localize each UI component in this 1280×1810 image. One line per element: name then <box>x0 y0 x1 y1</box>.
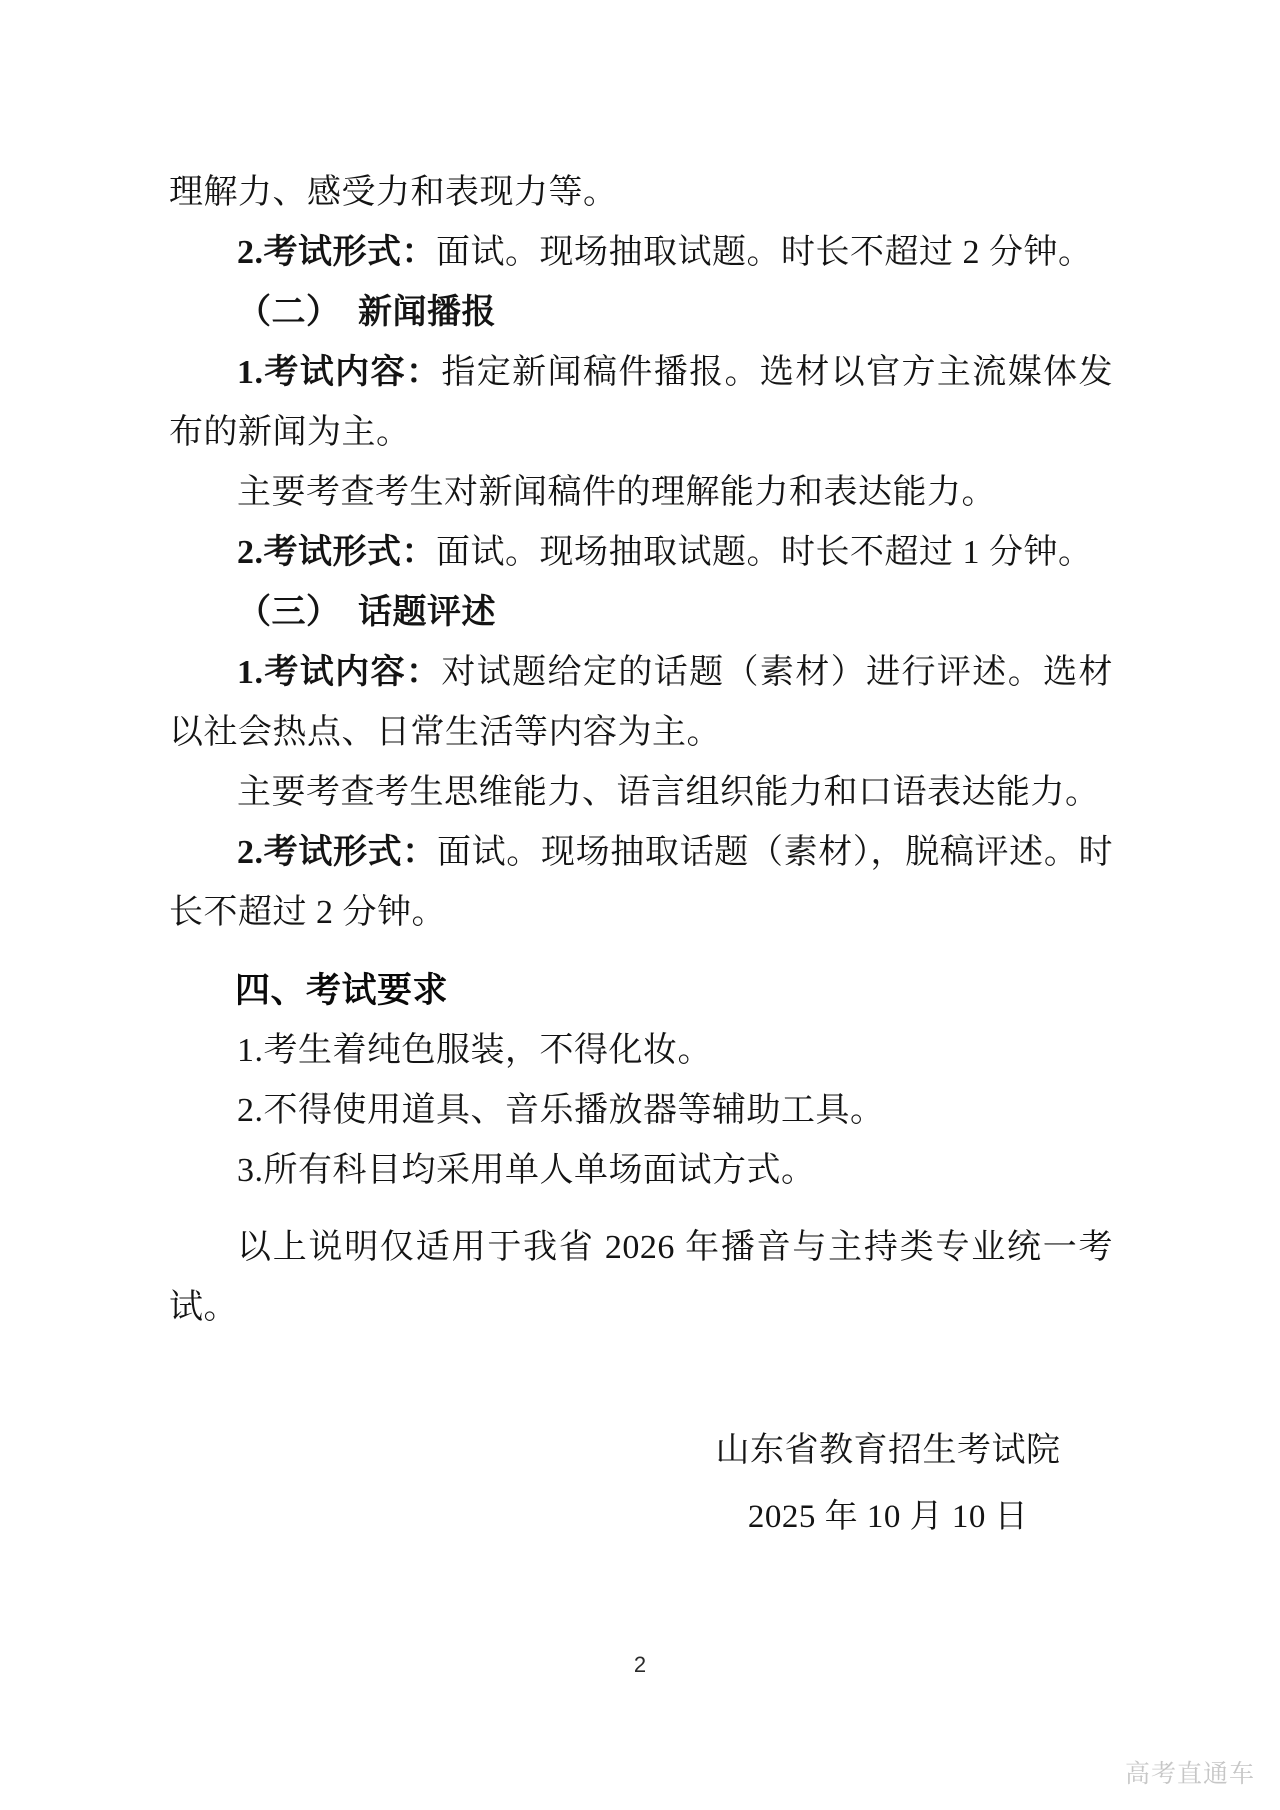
heading-text: （二） 新闻播报 <box>237 294 496 331</box>
paragraph-text: 面试。现场抽取试题。时长不超过 1 分钟。 <box>436 534 1093 571</box>
section-heading-exam-requirements: 四、考试要求 <box>169 961 1113 1021</box>
paragraph-text: 1.考生着纯色服装，不得化妆。 <box>237 1032 712 1069</box>
paragraph-text: 理解力、感受力和表现力等。 <box>169 174 618 211</box>
paragraph-label: 1.考试内容： <box>237 654 441 691</box>
paragraph-exam-purpose: 主要考查考生思维能力、语言组织能力和口语表达能力。 <box>169 763 1113 823</box>
paragraph-text: 主要考查考生对新闻稿件的理解能力和表达能力。 <box>237 474 996 511</box>
document-body: 理解力、感受力和表现力等。 2.考试形式：面试。现场抽取试题。时长不超过 2 分… <box>169 163 1113 1550</box>
paragraph-exam-format: 2.考试形式：面试。现场抽取试题。时长不超过 2 分钟。 <box>169 223 1113 283</box>
heading-text: （三） 话题评述 <box>237 594 496 631</box>
subsection-heading-topic-commentary: （三） 话题评述 <box>169 583 1113 643</box>
paragraph-exam-content: 1.考试内容：指定新闻稿件播报。选材以官方主流媒体发布的新闻为主。 <box>169 343 1113 463</box>
paragraph-label: 2.考试形式： <box>237 834 437 871</box>
subsection-heading-news-broadcast: （二） 新闻播报 <box>169 283 1113 343</box>
document-page: 理解力、感受力和表现力等。 2.考试形式：面试。现场抽取试题。时长不超过 2 分… <box>0 0 1280 1810</box>
paragraph-exam-content: 1.考试内容：对试题给定的话题（素材）进行评述。选材以社会热点、日常生活等内容为… <box>169 643 1113 763</box>
paragraph-closing-note: 以上说明仅适用于我省 2026 年播音与主持类专业统一考试。 <box>169 1218 1113 1338</box>
paragraph-text: 以上说明仅适用于我省 2026 年播音与主持类专业统一考试。 <box>169 1229 1113 1326</box>
paragraph-text: 2.不得使用道具、音乐播放器等辅助工具。 <box>237 1092 885 1129</box>
paragraph-exam-purpose: 主要考查考生对新闻稿件的理解能力和表达能力。 <box>169 463 1113 523</box>
paragraph-label: 1.考试内容： <box>237 354 441 391</box>
paragraph-requirement-2: 2.不得使用道具、音乐播放器等辅助工具。 <box>169 1081 1113 1141</box>
paragraph-text: 面试。现场抽取试题。时长不超过 2 分钟。 <box>436 234 1093 271</box>
paragraph-requirement-3: 3.所有科目均采用单人单场面试方式。 <box>169 1141 1113 1201</box>
signature-issuer: 山东省教育招生考试院 <box>708 1418 1068 1484</box>
paragraph-exam-format: 2.考试形式：面试。现场抽取话题（素材），脱稿评述。时长不超过 2 分钟。 <box>169 823 1113 943</box>
paragraph-text: 3.所有科目均采用单人单场面试方式。 <box>237 1152 816 1189</box>
watermark-text: 高考直通车 <box>1125 1754 1255 1790</box>
paragraph-requirement-1: 1.考生着纯色服装，不得化妆。 <box>169 1021 1113 1081</box>
paragraph-text: 主要考查考生思维能力、语言组织能力和口语表达能力。 <box>237 774 1100 811</box>
paragraph-label: 2.考试形式： <box>237 534 436 571</box>
page-number: 2 <box>0 1652 1280 1678</box>
signature-block: 山东省教育招生考试院 2025 年 10 月 10 日 <box>708 1418 1068 1550</box>
heading-text: 四、考试要求 <box>235 971 448 1010</box>
paragraph-label: 2.考试形式： <box>237 234 436 271</box>
paragraph-exam-format: 2.考试形式：面试。现场抽取试题。时长不超过 1 分钟。 <box>169 523 1113 583</box>
paragraph-continuation: 理解力、感受力和表现力等。 <box>169 163 1113 223</box>
signature-date: 2025 年 10 月 10 日 <box>708 1484 1068 1550</box>
